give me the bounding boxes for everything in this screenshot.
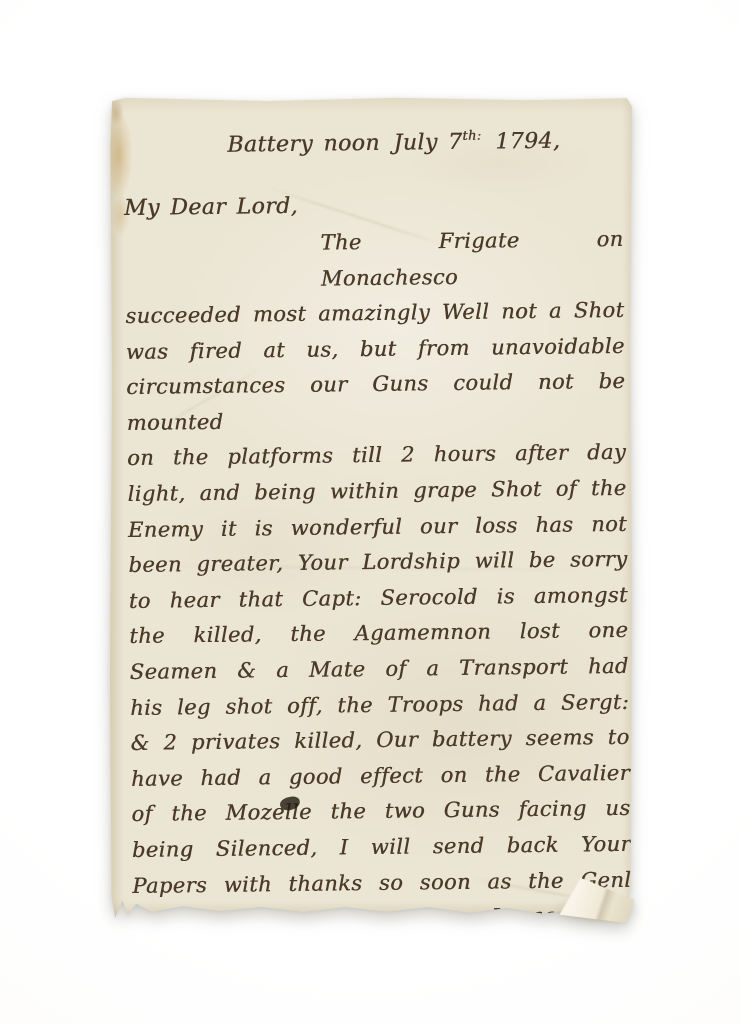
manuscript-text: Battery noon July 7th: 1794, My Dear Lor…	[123, 117, 632, 940]
manuscript-line: Enemy it is wonderful our loss has not	[128, 506, 627, 548]
manuscript-line: & 2 privates killed, Our battery seems t…	[130, 720, 629, 762]
manuscript-line: been greater, Your Lordship will be sorr…	[128, 542, 627, 584]
letter-sheet: Battery noon July 7th: 1794, My Dear Lor…	[110, 97, 632, 921]
manuscript-line: on the platforms till 2 hours after day	[127, 435, 626, 477]
manuscript-line: his leg shot off, the Troops had a Sergt…	[130, 684, 629, 726]
opening-line: The Frigate on Monachesco	[320, 221, 624, 297]
letter-page: Battery noon July 7th: 1794, My Dear Lor…	[110, 97, 632, 921]
manuscript-line: Seamen & a Mate of a Transport had	[129, 649, 628, 691]
photo-background: Battery noon July 7th: 1794, My Dear Lor…	[0, 0, 741, 1024]
manuscript-line: succeeded most amazingly Well not a Shot	[125, 293, 624, 335]
dateline-year: 1794,	[495, 124, 560, 161]
dateline-ordinal: th:	[462, 129, 481, 144]
manuscript-line: to hear that Capt: Serocold is amongst	[129, 578, 628, 620]
manuscript-line: of the Mozelle the two Guns facing us	[131, 791, 630, 833]
manuscript-line: Papers with thanks so soon as the Genl	[132, 862, 631, 904]
dateline-place: Battery noon	[227, 126, 380, 164]
dateline: Battery noon July 7th: 1794,	[227, 118, 560, 164]
manuscript-line: the killed, the Agamemnon lost one	[129, 613, 628, 655]
dateline-date: July 7th:	[393, 119, 482, 162]
manuscript-line: was fired at us, but from unavoidable	[126, 328, 625, 370]
manuscript-line: light, and being within grape Shot of th…	[127, 471, 626, 513]
manuscript-line: circumstances our Guns could not be moun…	[126, 364, 626, 441]
manuscript-line: being Silenced, I will send back Your	[132, 827, 631, 869]
manuscript-line: have had a good effect on the Cavalier	[131, 756, 630, 798]
salutation: My Dear Lord,	[124, 185, 623, 227]
